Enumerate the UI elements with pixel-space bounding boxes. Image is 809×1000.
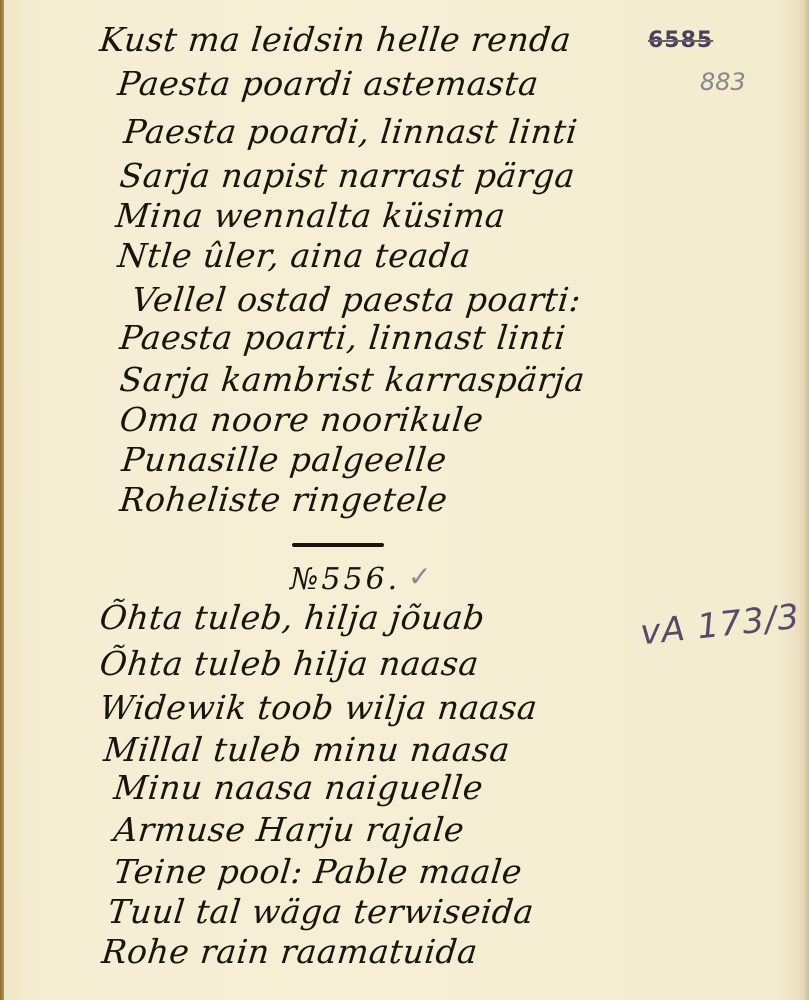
song2-line: Armuse Harju rajale <box>112 810 466 849</box>
song2-line: Rohe rain raamatuida <box>100 932 480 971</box>
song2-line: Õhta tuleb, hilja jõuab <box>98 598 487 637</box>
manuscript-page: 6585 883 Kust ma leidsin helle renda Pae… <box>0 0 809 1000</box>
song1-line: Paesta poarti, linnast linti <box>118 318 568 357</box>
margin-reference: vA 173/3 <box>638 597 801 654</box>
song1-line: Sarja napist narrast pärga <box>118 156 577 195</box>
song1-line: Kust ma leidsin helle renda <box>98 20 573 59</box>
song1-line: Sarja kambrist karraspärja <box>118 360 587 399</box>
song1-line: Oma noore noorikule <box>118 400 486 439</box>
song1-line: Punasille palgeelle <box>120 440 449 479</box>
song2-line: Tuul tal wäga terwiseida <box>106 892 536 931</box>
archive-number: 883 <box>700 68 746 96</box>
section-divider <box>292 543 384 547</box>
song1-line: Vellel ostad paesta poarti: <box>130 280 583 319</box>
song1-line: Paesta poardi astemasta <box>116 64 541 103</box>
song1-line: Paesta poardi, linnast linti <box>122 112 580 151</box>
song2-line: Õhta tuleb hilja naasa <box>98 644 481 683</box>
song1-line: Mina wennalta küsima <box>114 196 508 235</box>
check-mark-icon: ✓ <box>408 560 431 593</box>
archive-number-struck: 6585 <box>648 28 713 53</box>
song1-line: Roheliste ringetele <box>118 480 450 519</box>
song1-line: Ntle ûler, aina teada <box>116 236 473 275</box>
song2-line: Widewik toob wilja naasa <box>98 688 540 727</box>
song2-line: Minu naasa naiguelle <box>112 768 485 807</box>
song-number: №556. <box>290 562 400 597</box>
song2-line: Millal tuleb minu naasa <box>102 730 512 769</box>
song2-line: Teine pool: Pable maale <box>112 852 524 891</box>
page-edge <box>803 0 809 1000</box>
binding-edge <box>0 0 4 1000</box>
